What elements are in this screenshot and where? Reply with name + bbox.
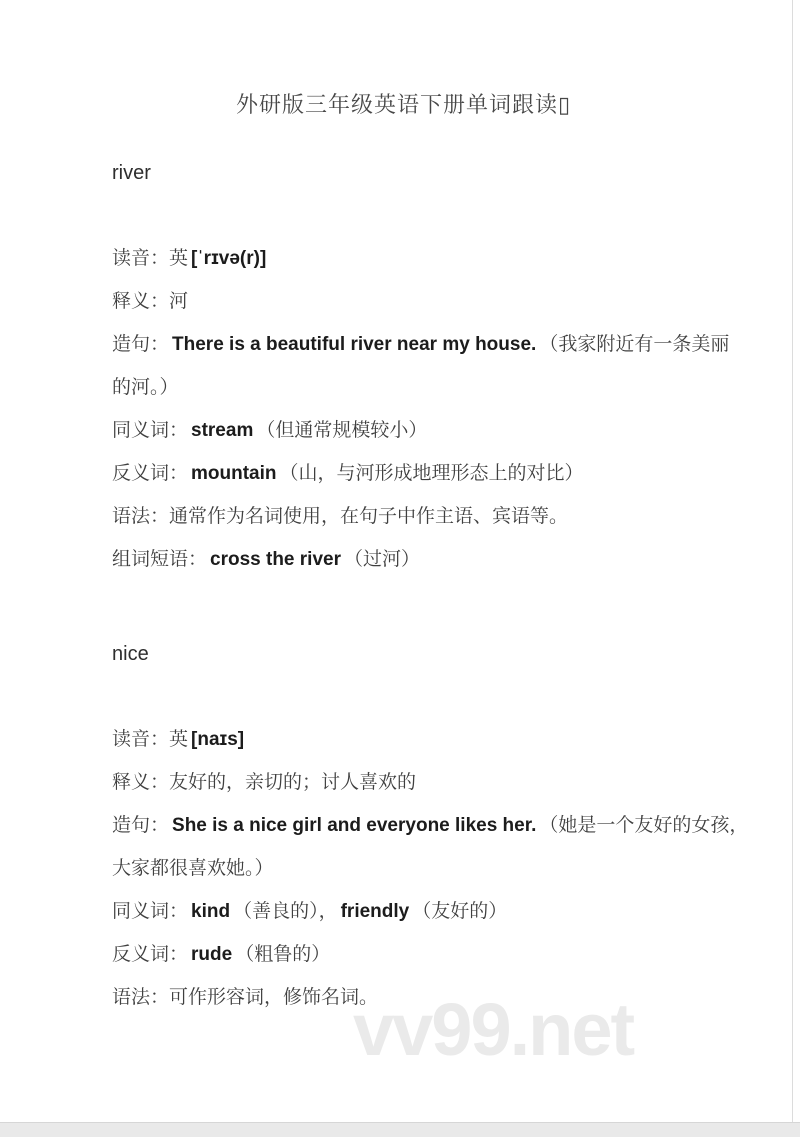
line-example-sentence-wrap: 的河。） <box>112 378 695 397</box>
line-text: （但通常规模较小） <box>256 420 427 441</box>
line-text: （山，与河形成地理形态上的对比） <box>280 463 584 484</box>
word-entry-river: river 读音：英[ˈrɪvə(r)] 释义：河 造句：There is a … <box>112 163 695 569</box>
bottom-bar <box>0 1122 800 1137</box>
line-definition: 释义：友好的，亲切的；讨人喜欢的 <box>112 773 695 792</box>
line-text: 大家都很喜欢她。） <box>112 858 274 879</box>
line-text: 同义词： <box>112 420 188 441</box>
line-text: 的河。） <box>112 377 179 398</box>
line-text: （粗鲁的） <box>235 944 330 965</box>
line-text: （友好的） <box>412 901 507 922</box>
line-text: 释义：友好的，亲切的；讨人喜欢的 <box>112 772 416 793</box>
line-example-sentence: 造句：She is a nice girl and everyone likes… <box>112 816 695 835</box>
line-text-en: kind <box>191 901 230 922</box>
line-text: 反义词： <box>112 944 188 965</box>
word-headword: river <box>112 163 695 183</box>
line-text-en: stream <box>191 420 253 441</box>
line-phrase: 组词短语：cross the river（过河） <box>112 550 695 569</box>
line-pronunciation: 读音：英[ˈrɪvə(r)] <box>112 249 695 268</box>
line-text-en: [ˈrɪvə(r)] <box>191 248 266 269</box>
line-example-sentence: 造句：There is a beautiful river near my ho… <box>112 335 695 354</box>
line-text: 释义：河 <box>112 291 188 312</box>
line-text-en: rude <box>191 944 232 965</box>
line-example-sentence-wrap: 大家都很喜欢她。） <box>112 859 695 878</box>
line-synonym: 同义词：kind（善良的），friendly（友好的） <box>112 902 695 921</box>
line-synonym: 同义词：stream（但通常规模较小） <box>112 421 695 440</box>
line-text: 反义词： <box>112 463 188 484</box>
word-entry-nice: nice 读音：英[naɪs] 释义：友好的，亲切的；讨人喜欢的 造句：She … <box>112 644 695 1007</box>
site-watermark: vv99.net <box>353 993 633 1067</box>
line-text: 同义词： <box>112 901 188 922</box>
line-text-en: cross the river <box>210 549 341 570</box>
line-text: （过河） <box>344 549 420 570</box>
line-text: （她是一个友好的女孩， <box>539 815 748 836</box>
document-page: 外研版三年级英语下册单词跟读▯ river 读音：英[ˈrɪvə(r)] 释义：… <box>0 0 800 1137</box>
line-antonym: 反义词：rude（粗鲁的） <box>112 945 695 964</box>
line-text: （善良的）， <box>233 901 338 922</box>
line-text-en: [naɪs] <box>191 729 244 750</box>
line-antonym: 反义词：mountain（山，与河形成地理形态上的对比） <box>112 464 695 483</box>
page-title: 外研版三年级英语下册单词跟读▯ <box>112 93 695 117</box>
line-text: 造句： <box>112 334 169 355</box>
line-text: 读音：英 <box>112 248 188 269</box>
line-text-en: mountain <box>191 463 277 484</box>
line-grammar: 语法：通常作为名词使用，在句子中作主语、宾语等。 <box>112 507 695 526</box>
line-text: 语法：通常作为名词使用，在句子中作主语、宾语等。 <box>112 506 568 527</box>
line-text: 组词短语： <box>112 549 207 570</box>
line-definition: 释义：河 <box>112 292 695 311</box>
line-text: （我家附近有一条美丽 <box>539 334 729 355</box>
line-text: 造句： <box>112 815 169 836</box>
line-text-en: There is a beautiful river near my house… <box>172 334 536 355</box>
page-right-edge-line <box>792 0 793 1137</box>
line-text: 读音：英 <box>112 729 188 750</box>
document-content: 外研版三年级英语下册单词跟读▯ river 读音：英[ˈrɪvə(r)] 释义：… <box>0 0 800 1031</box>
word-headword: nice <box>112 644 695 664</box>
line-text-en: She is a nice girl and everyone likes he… <box>172 815 536 836</box>
line-pronunciation: 读音：英[naɪs] <box>112 730 695 749</box>
line-text-en: friendly <box>341 901 410 922</box>
line-text: 语法：可作形容词，修饰名词。 <box>112 987 378 1008</box>
